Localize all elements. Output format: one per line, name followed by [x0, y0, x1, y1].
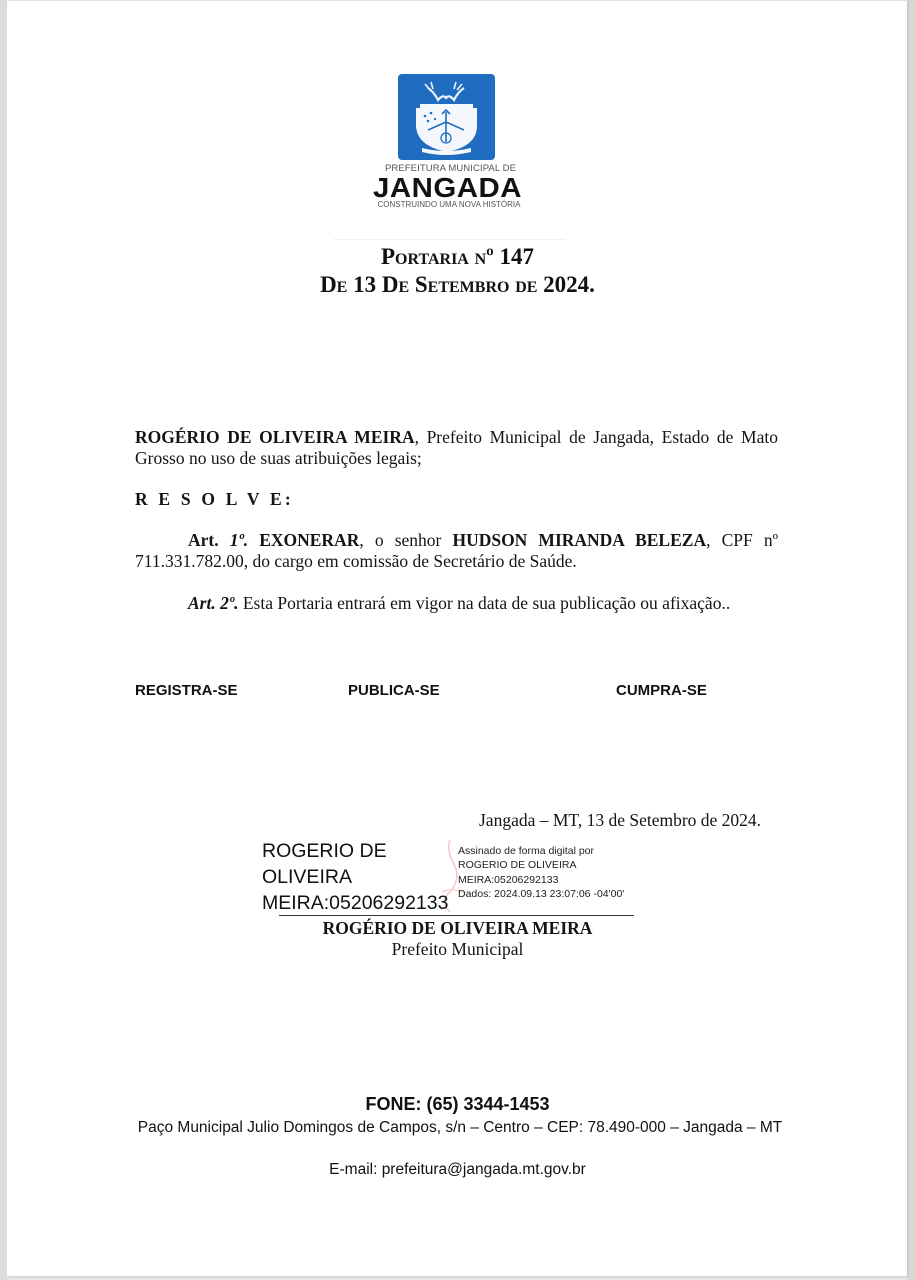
article-2: Art. 2º. Esta Portaria entrará em vigor … — [135, 593, 778, 614]
signature-name-line: OLIVEIRA — [262, 864, 448, 890]
intro-paragraph: ROGÉRIO DE OLIVEIRA MEIRA, Prefeito Muni… — [135, 427, 778, 469]
signer-role: Prefeito Municipal — [0, 939, 915, 960]
article-1-prefix: Art. — [188, 530, 230, 550]
footer-address: Paço Municipal Julio Domingos de Campos,… — [130, 1116, 790, 1139]
document-title: Portaria nº 147 — [0, 244, 915, 270]
page-frame-right — [907, 0, 915, 1280]
signer-name: ROGÉRIO DE OLIVEIRA MEIRA — [0, 918, 915, 939]
footer-email: E-mail: prefeitura@jangada.mt.gov.br — [0, 1161, 915, 1179]
header-divider — [333, 239, 565, 240]
signature-detail-line: ROGERIO DE OLIVEIRA — [458, 858, 624, 872]
article-2-text: Esta Portaria entrará em vigor na data d… — [238, 593, 730, 613]
stamp-publica: PUBLICA-SE — [348, 682, 440, 699]
article-2-label: Art. 2º. — [188, 593, 238, 613]
digital-signature-name: ROGERIO DE OLIVEIRA MEIRA:05206292133 — [262, 838, 448, 916]
signature-detail-line: Assinado de forma digital por — [458, 844, 624, 858]
article-1: Art. 1º. EXONERAR, o senhor HUDSON MIRAN… — [135, 530, 778, 572]
signature-line — [279, 915, 634, 916]
article-1-text: , o senhor — [359, 530, 452, 550]
signature-timestamp: Dados: 2024.09.13 23:07:06 -04'00' — [458, 887, 624, 901]
logo-tagline: CONSTRUINDO UMA NOVA HISTÓRIA — [359, 200, 539, 209]
exonerated-person: HUDSON MIRANDA BELEZA — [452, 530, 706, 550]
stamp-registra: REGISTRA-SE — [135, 682, 238, 699]
signature-detail-line: MEIRA:05206292133 — [458, 873, 624, 887]
resolve-heading: R E S O L V E: — [135, 489, 778, 510]
stamp-cumpra: CUMPRA-SE — [616, 682, 707, 699]
page-frame-left — [0, 0, 7, 1280]
place-date-line: Jangada – MT, 13 de Setembro de 2024. — [479, 810, 761, 831]
article-1-verb: EXONERAR — [259, 530, 359, 550]
digital-signature-details: Assinado de forma digital por ROGERIO DE… — [458, 844, 624, 901]
signature-name-line: ROGERIO DE — [262, 838, 448, 864]
municipal-coat-of-arms-icon — [398, 74, 495, 160]
signature-name-line: MEIRA:05206292133 — [262, 890, 448, 916]
document-date-title: De 13 De Setembro de 2024. — [0, 272, 915, 298]
article-1-number: 1º. — [230, 530, 248, 550]
footer-phone: FONE: (65) 3344-1453 — [0, 1094, 915, 1115]
mayor-name: ROGÉRIO DE OLIVEIRA MEIRA — [135, 427, 415, 447]
